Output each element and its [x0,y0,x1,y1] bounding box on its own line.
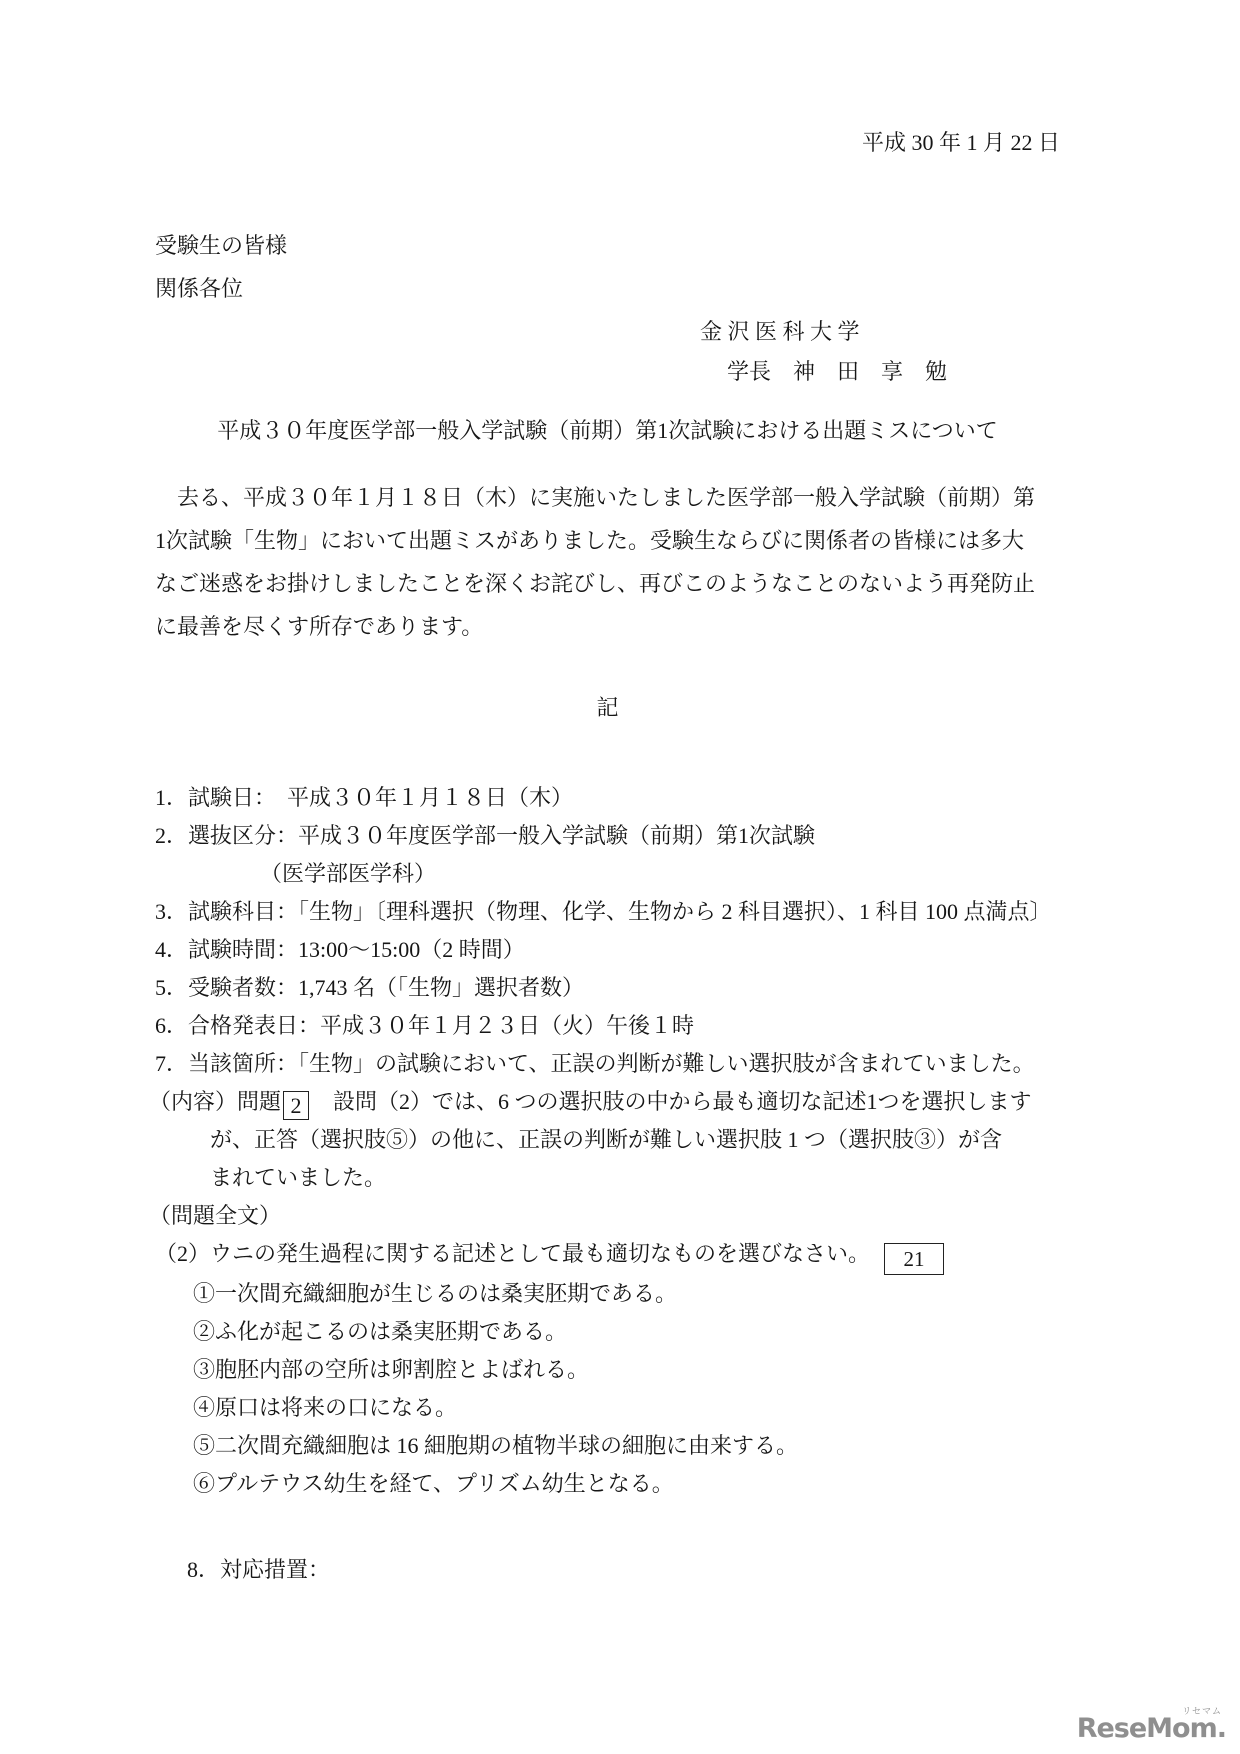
content-note-continuation: が、正答（選択肢⑤）の他に、正誤の判断が難しい選択肢 1 つ（選択肢③）が含 [210,1121,1060,1159]
recipient-line-examinees: 受験生の皆様 [155,224,1060,267]
body-line: なご迷惑をお掛けしましたことを深くお詫びし、再びこのようなことのないよう再発防止 [155,562,1060,605]
full-text-label: （問題全文） [149,1197,1060,1235]
resemom-logo: ReseMom. [1077,1713,1226,1744]
content-note-prefix: （内容）問題 [149,1089,281,1114]
option-line-1: ①一次間充織細胞が生じるのは桑実胚期である。 [193,1275,1060,1313]
list-item-exam-time: 4．試験時間：13:00～15:00（2 時間） [155,931,1060,969]
list-item-selection-category: 2．選抜区分：平成３０年度医学部一般入学試験（前期）第1次試験 [155,817,1060,855]
document-content: 平成 30 年 1 月 22 日 受験生の皆様 関係各位 金 沢 医 科 大 学… [0,0,1240,1589]
body-line: 去る、平成３０年１月１８日（木）に実施いたしました医学部一般入学試験（前期）第 [155,476,1060,519]
body-line: 1次試験「生物」において出題ミスがありました。受験生ならびに関係者の皆様には多大 [155,519,1060,562]
content-note-suffix: 設問（2）では、6 つの選択肢の中から最も適切な記述1つを選択します [311,1089,1032,1114]
option-line-6: ⑥プルテウス幼生を経て、プリズム幼生となる。 [193,1465,1060,1503]
detail-list: 1．試験日： 平成３０年１月１８日（木） 2．選抜区分：平成３０年度医学部一般入… [155,779,1060,1589]
ki-heading: 記 [155,686,1060,729]
list-item-examinee-count: 5．受験者数：1,743 名（「生物」選択者数） [155,969,1060,1007]
resemom-watermark: リセマムReseMom. [1077,1713,1226,1744]
document-date: 平成 30 年 1 月 22 日 [155,0,1060,158]
recipient-line-parties: 関係各位 [155,267,1060,310]
resemom-logo-text: ReseMom [1077,1713,1217,1744]
option-line-3: ③胞胚内部の空所は卵割腔とよばれる。 [193,1351,1060,1389]
watermark-ruby-text: リセマム [1182,1704,1222,1717]
resemom-logo-dot: . [1217,1713,1226,1744]
list-item-exam-date: 1．試験日： 平成３０年１月１８日（木） [155,779,1060,817]
sender-president: 学長 神 田 享 勉 [727,352,1060,392]
document-title: 平成３０年度医学部一般入学試験（前期）第1次試験における出題ミスについて [155,414,1060,448]
body-paragraph: 去る、平成３０年１月１８日（木）に実施いたしました医学部一般入学試験（前期）第 … [155,476,1060,648]
content-note-line: （内容）問題2 設問（2）では、6 つの選択肢の中から最も適切な記述1つを選択し… [149,1083,1060,1121]
list-item-announcement-date: 6．合格発表日：平成３０年１月２３日（火）午後１時 [155,1007,1060,1045]
sender-block: 金 沢 医 科 大 学 学長 神 田 享 勉 [155,312,1060,392]
document-page: 平成 30 年 1 月 22 日 受験生の皆様 関係各位 金 沢 医 科 大 学… [0,0,1240,1754]
option-line-2: ②ふ化が起こるのは桑実胚期である。 [193,1313,1060,1351]
list-item-selection-category-sub: （医学部医学科） [260,855,1060,893]
boxed-problem-number: 2 [283,1091,309,1120]
body-line: に最善を尽くす所存であります。 [155,605,1060,648]
content-note-continuation: まれていました。 [210,1159,1060,1197]
list-item-exam-subject: 3．試験科目：「生物」〔理科選択（物理、化学、生物から 2 科目選択）、1 科目… [155,893,1060,931]
option-line-4: ④原口は将来の口になる。 [193,1389,1060,1427]
response-measures-line: 8．対応措置： [187,1551,1060,1589]
list-item-affected-part: 7．当該箇所：「生物」の試験において、正誤の判断が難しい選択肢が含まれていました… [155,1045,1060,1083]
answer-number-box: 21 [884,1243,944,1275]
sender-university: 金 沢 医 科 大 学 [700,312,1060,352]
recipient-block: 受験生の皆様 関係各位 [155,224,1060,310]
option-line-5: ⑤二次間充織細胞は 16 細胞期の植物半球の細胞に由来する。 [193,1427,1060,1465]
question-text: （2）ウニの発生過程に関する記述として最も適切なものを選びなさい。 [155,1241,870,1266]
question-line: （2）ウニの発生過程に関する記述として最も適切なものを選びなさい。21 [155,1235,1060,1275]
